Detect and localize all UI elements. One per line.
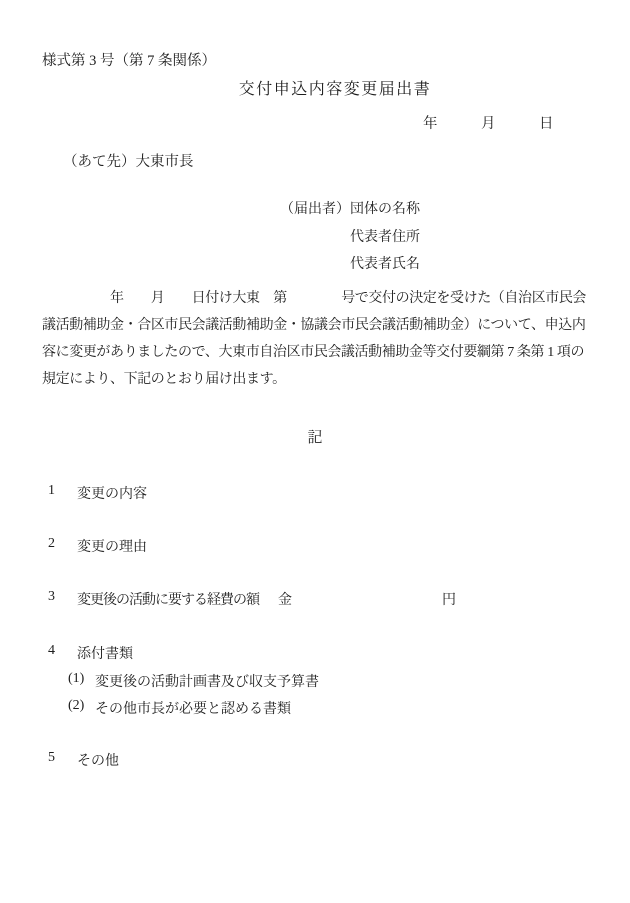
sub-item-label: 変更後の活動計画書及び収支予算書 bbox=[95, 671, 319, 691]
item-number: 4 bbox=[48, 643, 55, 659]
item-row-change-contents: 1 変更の内容 bbox=[0, 483, 630, 503]
sub-item-row-other-documents: (2) その他市長が必要と認める書類 bbox=[0, 698, 630, 718]
representative-address-label: 代表者住所 bbox=[350, 230, 420, 245]
applicant-row-representative-address: （届出者）代表者住所 bbox=[280, 229, 420, 247]
sub-item-number: (2) bbox=[68, 698, 84, 714]
addressee-line: （あて先）大東市長 bbox=[63, 153, 194, 172]
addressee-name: 大東市長 bbox=[136, 154, 194, 170]
group-name-label: 団体の名称 bbox=[350, 202, 420, 217]
document-page: 様式第 3 号（第 7 条関係） 交付申込内容変更届出書 年 月 日 （あて先）… bbox=[0, 0, 630, 903]
item-number: 3 bbox=[48, 589, 55, 605]
body-line: 規定により、下記のとおり届け出ます。 bbox=[42, 371, 590, 389]
item-number: 2 bbox=[48, 536, 55, 552]
item-row-attached-documents: 4 添付書類 bbox=[0, 643, 630, 663]
date-line: 年 月 日 bbox=[423, 115, 554, 134]
body-line: 容に変更がありましたので、大東市自治区市民会議活動補助金等交付要綱第 7 条第 … bbox=[42, 344, 590, 362]
form-number: 様式第 3 号（第 7 条関係） bbox=[42, 52, 216, 71]
body-line: 議活動補助金・合区市民会議活動補助金・協議会市民会議活動補助金）について、申込内 bbox=[42, 317, 590, 335]
item-row-others: 5 その他 bbox=[0, 750, 630, 770]
item-label: その他 bbox=[77, 750, 119, 770]
applicant-prefix: （届出者） bbox=[280, 202, 350, 217]
representative-name-label: 代表者氏名 bbox=[350, 257, 420, 272]
item-number: 1 bbox=[48, 483, 55, 499]
item-label: 添付書類 bbox=[77, 643, 133, 663]
addressee-prefix: （あて先） bbox=[63, 154, 136, 170]
item-number: 5 bbox=[48, 750, 55, 766]
item-row-expense-amount: 3 変更後の活動に要する経費の額 金 円 bbox=[0, 589, 630, 609]
item-label: 変更の内容 bbox=[77, 483, 147, 503]
applicant-row-group-name: （届出者）団体の名称 bbox=[280, 201, 420, 219]
item-label: 変更後の活動に要する経費の額 bbox=[77, 589, 259, 609]
sub-item-number: (1) bbox=[68, 671, 84, 687]
sub-item-label: その他市長が必要と認める書類 bbox=[95, 698, 291, 718]
item-label: 変更の理由 bbox=[77, 536, 147, 556]
amount-suffix-label: 円 bbox=[442, 589, 456, 609]
record-heading: 記 bbox=[0, 429, 630, 449]
body-line: 年 月 日付け大東 第 号で交付の決定を受けた（自治区市民会 bbox=[42, 290, 590, 308]
applicant-row-representative-name: （届出者）代表者氏名 bbox=[280, 256, 420, 274]
amount-prefix-label: 金 bbox=[278, 589, 292, 609]
document-title: 交付申込内容変更届出書 bbox=[0, 80, 630, 101]
item-row-change-reason: 2 変更の理由 bbox=[0, 536, 630, 556]
sub-item-row-activity-plan: (1) 変更後の活動計画書及び収支予算書 bbox=[0, 671, 630, 691]
